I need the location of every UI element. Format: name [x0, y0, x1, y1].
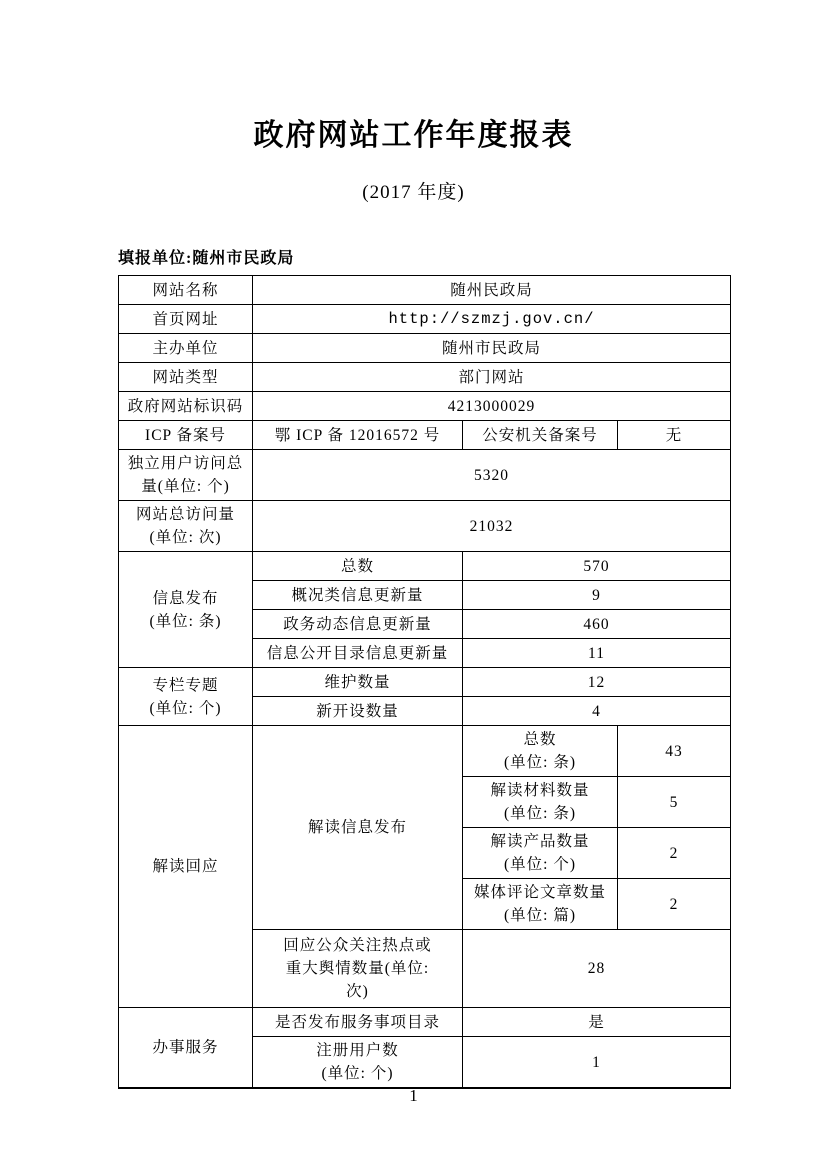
interpretation-products-label: 解读产品数量 (单位: 个)	[463, 828, 618, 879]
unique-visitors-value: 5320	[253, 450, 731, 501]
info-publish-group-label: 信息发布 (单位: 条)	[119, 552, 253, 668]
page-title: 政府网站工作年度报表	[0, 110, 827, 154]
info-publish-overview-value: 9	[463, 581, 731, 610]
special-columns-group-label: 专栏专题 (单位: 个)	[119, 668, 253, 726]
services-group-label: 办事服务	[119, 1008, 253, 1089]
row-unique-visitors: 独立用户访问总 量(单位: 个) 5320	[119, 450, 731, 501]
info-publish-total-label: 总数	[253, 552, 463, 581]
services-registered-label: 注册用户数 (单位: 个)	[253, 1037, 463, 1089]
interpretation-materials-value: 5	[618, 777, 731, 828]
police-value: 无	[618, 421, 731, 450]
interpretation-total-label: 总数 (单位: 条)	[463, 726, 618, 777]
row-site-name: 网站名称 随州民政局	[119, 276, 731, 305]
info-publish-overview-label: 概况类信息更新量	[253, 581, 463, 610]
police-label: 公安机关备案号	[463, 421, 618, 450]
interpretation-total-value: 43	[618, 726, 731, 777]
row-site-type: 网站类型 部门网站	[119, 363, 731, 392]
interpretation-media-label: 媒体评论文章数量 (单位: 篇)	[463, 879, 618, 930]
sponsor-value: 随州市民政局	[253, 334, 731, 363]
page-subtitle: (2017 年度)	[0, 177, 827, 204]
site-type-value: 部门网站	[253, 363, 731, 392]
site-type-label: 网站类型	[119, 363, 253, 392]
info-publish-gov-news-value: 460	[463, 610, 731, 639]
row-special-columns-maintained: 专栏专题 (单位: 个) 维护数量 12	[119, 668, 731, 697]
row-sponsor: 主办单位 随州市民政局	[119, 334, 731, 363]
sponsor-label: 主办单位	[119, 334, 253, 363]
row-site-code: 政府网站标识码 4213000029	[119, 392, 731, 421]
page-number: 1	[0, 1086, 827, 1106]
row-interpretation-total: 解读回应 解读信息发布 总数 (单位: 条) 43	[119, 726, 731, 777]
special-columns-new-label: 新开设数量	[253, 697, 463, 726]
icp-label: ICP 备案号	[119, 421, 253, 450]
public-response-value: 28	[463, 930, 731, 1008]
site-name-label: 网站名称	[119, 276, 253, 305]
interpretation-publish-group-label: 解读信息发布	[253, 726, 463, 930]
special-columns-maintained-label: 维护数量	[253, 668, 463, 697]
services-catalog-value: 是	[463, 1008, 731, 1037]
total-visits-label: 网站总访问量 (单位: 次)	[119, 501, 253, 552]
interpretation-group-label: 解读回应	[119, 726, 253, 1008]
row-icp: ICP 备案号 鄂 ICP 备 12016572 号 公安机关备案号 无	[119, 421, 731, 450]
row-total-visits: 网站总访问量 (单位: 次) 21032	[119, 501, 731, 552]
row-info-publish-total: 信息发布 (单位: 条) 总数 570	[119, 552, 731, 581]
interpretation-media-value: 2	[618, 879, 731, 930]
interpretation-materials-label: 解读材料数量 (单位: 条)	[463, 777, 618, 828]
icp-value: 鄂 ICP 备 12016572 号	[253, 421, 463, 450]
unique-visitors-label: 独立用户访问总 量(单位: 个)	[119, 450, 253, 501]
interpretation-products-value: 2	[618, 828, 731, 879]
special-columns-maintained-value: 12	[463, 668, 731, 697]
row-home-url: 首页网址 http://szmzj.gov.cn/	[119, 305, 731, 334]
document-page: 政府网站工作年度报表 (2017 年度) 填报单位:随州市民政局 网站名称 随州…	[0, 0, 827, 1169]
info-publish-disclosure-value: 11	[463, 639, 731, 668]
info-publish-gov-news-label: 政务动态信息更新量	[253, 610, 463, 639]
services-catalog-label: 是否发布服务事项目录	[253, 1008, 463, 1037]
site-code-label: 政府网站标识码	[119, 392, 253, 421]
public-response-label: 回应公众关注热点或 重大舆情数量(单位: 次)	[253, 930, 463, 1008]
row-services-catalog: 办事服务 是否发布服务事项目录 是	[119, 1008, 731, 1037]
info-publish-disclosure-label: 信息公开目录信息更新量	[253, 639, 463, 668]
services-registered-value: 1	[463, 1037, 731, 1089]
special-columns-new-value: 4	[463, 697, 731, 726]
home-url-value: http://szmzj.gov.cn/	[253, 305, 731, 334]
annual-report-table: 网站名称 随州民政局 首页网址 http://szmzj.gov.cn/ 主办单…	[118, 275, 731, 1089]
home-url-label: 首页网址	[119, 305, 253, 334]
reporting-unit-line: 填报单位:随州市民政局	[118, 245, 294, 268]
info-publish-total-value: 570	[463, 552, 731, 581]
site-name-value: 随州民政局	[253, 276, 731, 305]
site-code-value: 4213000029	[253, 392, 731, 421]
total-visits-value: 21032	[253, 501, 731, 552]
